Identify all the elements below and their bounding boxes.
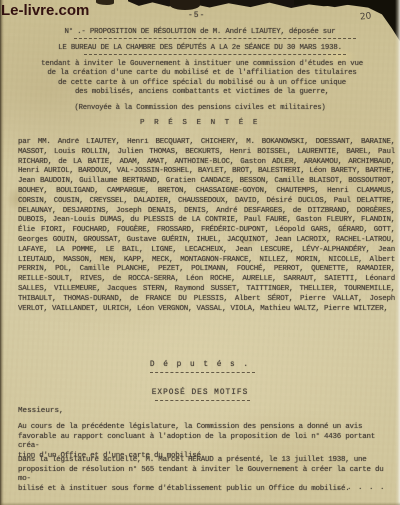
deputies-label: D é p u t é s . xyxy=(0,361,400,369)
signatories-list: par MM. André LIAUTEY, Henri BECQUART, C… xyxy=(18,138,395,354)
document-content: -5- 20 N° .- PROPOSITION DE RÉSOLUTION d… xyxy=(0,0,400,505)
commission-referral: (Renvoyée à la Commission des pensions c… xyxy=(0,104,400,112)
pencil-annotation: 20 xyxy=(360,11,372,22)
dashed-rule xyxy=(155,400,250,401)
dashed-rule xyxy=(84,54,346,55)
title-line-2: LE BUREAU DE LA CHAMBRE DES DÉPUTÉS A LA… xyxy=(0,44,400,52)
title-line-1: N° .- PROPOSITION DE RÉSOLUTION de M. An… xyxy=(0,28,400,36)
page-number: -5- xyxy=(188,11,205,20)
resolution-subject: tendant à inviter le Gouvernement à inst… xyxy=(10,60,394,98)
expose-des-motifs-heading: EXPOSÉ DES MOTIFS xyxy=(0,389,400,397)
salutation: Messieurs, xyxy=(18,407,64,415)
presentee-heading: P R É S E N T É E xyxy=(0,119,400,127)
continuation-dots: . . . . . xyxy=(336,484,386,492)
dashed-rule xyxy=(150,372,255,373)
dashed-rule xyxy=(74,38,356,39)
